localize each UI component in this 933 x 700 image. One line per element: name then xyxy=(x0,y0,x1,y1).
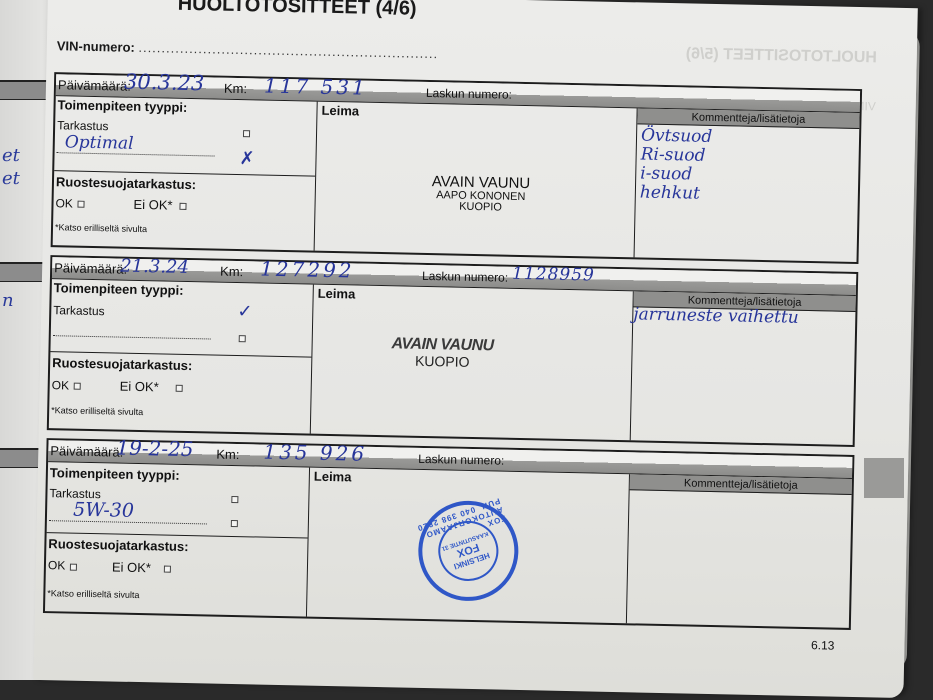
rust-ok-label: OK xyxy=(52,378,70,392)
rust-ok-checkbox[interactable] xyxy=(70,564,77,571)
km-label: Km: xyxy=(224,81,247,96)
other-operation-value[interactable]: Optimal xyxy=(65,132,134,153)
other-operation-line xyxy=(57,152,215,156)
stamp-section: Leima AVAIN VAUNU KUOPIO xyxy=(311,285,634,441)
vin-label: VIN-numero: xyxy=(57,38,135,55)
service-record-page: HUOLTOTOSITTEET (4/6) HUOLTOTOSITTEET (5… xyxy=(34,0,918,698)
operation-type-label: Toimenpiteen tyyppi: xyxy=(57,97,187,115)
rust-check-label: Ruostesuojatarkastus: xyxy=(48,536,188,554)
stamp-label: Leima xyxy=(314,469,352,485)
rust-ok-label: OK xyxy=(48,558,66,572)
other-operation-checkbox[interactable] xyxy=(231,520,238,527)
invoice-label: Laskun numero: xyxy=(422,269,508,285)
comments-section: Kommentteja/lisätietoja Övtsuod Ri-suod … xyxy=(635,108,860,262)
see-note-label: *Katso erilliseltä sivulta xyxy=(47,588,139,600)
km-label: Km: xyxy=(220,264,243,279)
km-value[interactable]: 127292 xyxy=(260,257,355,283)
comments-section: Kommentteja/lisätietoja jarruneste vaihe… xyxy=(631,291,856,445)
operation-section: Toimenpiteen tyyppi: Tarkastus Optimal ✗… xyxy=(53,96,318,250)
page-number: 6.13 xyxy=(811,638,835,652)
workshop-stamp: AVAIN VAUNU AAPO KONONEN KUOPIO xyxy=(415,174,546,216)
date-value[interactable]: 19-2-25 xyxy=(116,436,194,462)
inspection-label: Tarkastus xyxy=(57,118,109,133)
date-label: Päivämäärä: xyxy=(54,260,127,277)
other-operation-value[interactable]: 5W-30 xyxy=(73,499,134,522)
other-operation-line xyxy=(53,335,211,339)
rust-not-ok-label: Ei OK* xyxy=(133,197,172,213)
stamp-label: Leima xyxy=(321,103,359,119)
date-label: Päivämäärä: xyxy=(50,443,123,460)
invoice-label: Laskun numero: xyxy=(418,452,504,468)
inspection-check-mark[interactable]: ✓ xyxy=(237,301,253,322)
date-value[interactable]: 21.3.24 xyxy=(120,256,189,278)
previous-page-handwriting: et xyxy=(2,145,20,166)
stamp-label: Leima xyxy=(318,286,356,302)
previous-page-header-bar xyxy=(0,80,50,100)
see-note-label: *Katso erilliseltä sivulta xyxy=(51,405,143,417)
stamp-line: KUOPIO xyxy=(372,353,512,371)
comments-header: Kommentteja/lisätietoja xyxy=(630,474,852,495)
rust-not-ok-label: Ei OK* xyxy=(120,379,159,395)
date-value[interactable]: 30.3.23 xyxy=(124,70,205,96)
comments-section: Kommentteja/lisätietoja xyxy=(627,474,852,628)
comment-line: jarruneste vaihettu xyxy=(633,305,799,327)
show-through-title: HUOLTOTOSITTEET (5/6) xyxy=(685,45,876,67)
round-workshop-stamp: FOX AUTOKORJAAMO • PUH. 040 398 2820 HEL… xyxy=(405,487,532,614)
invoice-label: Laskun numero: xyxy=(426,86,512,102)
rust-ok-checkbox[interactable] xyxy=(74,383,81,390)
page-title: HUOLTOTOSITTEET (4/6) xyxy=(177,0,416,21)
inspection-label: Tarkastus xyxy=(53,303,105,318)
rust-not-ok-checkbox[interactable] xyxy=(176,385,183,392)
km-value[interactable]: 135 926 xyxy=(263,440,367,466)
rust-check-label: Ruostesuojatarkastus: xyxy=(56,174,196,192)
km-label: Km: xyxy=(216,447,239,462)
service-record-1: Päivämäärä: 30.3.23 Km: 117 531 Laskun n… xyxy=(51,72,862,264)
service-record-3: Päivämäärä: 19-2-25 Km: 135 926 Laskun n… xyxy=(43,438,854,630)
other-operation-check-mark[interactable]: ✗ xyxy=(239,148,255,169)
service-record-2: Päivämäärä: 21.3.24 Km: 127292 Laskun nu… xyxy=(47,255,858,447)
previous-page-handwriting: et xyxy=(2,168,20,189)
rust-not-ok-checkbox[interactable] xyxy=(164,566,171,573)
previous-page-handwriting: n xyxy=(2,290,14,311)
operation-section: Toimenpiteen tyyppi: Tarkastus ✓ Ruostes… xyxy=(49,279,314,433)
rust-check-label: Ruostesuojatarkastus: xyxy=(52,355,192,373)
invoice-value[interactable]: 1128959 xyxy=(512,264,595,286)
see-note-label: *Katso erilliseltä sivulta xyxy=(55,222,147,234)
stamp-section: Leima FOX AUTOKORJAAMO • PUH. 040 398 28… xyxy=(307,468,630,624)
km-value[interactable]: 117 531 xyxy=(264,74,368,100)
comment-line: hehkut xyxy=(640,183,712,203)
comments-text[interactable]: jarruneste vaihettu xyxy=(633,305,799,327)
rust-ok-label: OK xyxy=(55,196,73,210)
rust-not-ok-label: Ei OK* xyxy=(112,559,151,575)
operation-section: Toimenpiteen tyyppi: Tarkastus 5W-30 Ruo… xyxy=(45,462,310,616)
operation-type-label: Toimenpiteen tyyppi: xyxy=(54,280,184,298)
stamp-section: Leima AVAIN VAUNU AAPO KONONEN KUOPIO xyxy=(315,102,638,258)
workshop-stamp: AVAIN VAUNU KUOPIO xyxy=(372,336,513,370)
vin-field[interactable]: VIN-numero: ............................… xyxy=(57,38,437,61)
comments-text[interactable]: Övtsuod Ri-suod i-suod hehkut xyxy=(640,126,713,203)
vin-dotted-line: ........................................… xyxy=(138,40,437,61)
inspection-checkbox[interactable] xyxy=(243,130,250,137)
section-tab-marker xyxy=(864,458,904,498)
stamp-line: KUOPIO xyxy=(415,201,545,215)
other-operation-checkbox[interactable] xyxy=(239,335,246,342)
operation-type-label: Toimenpiteen tyyppi: xyxy=(50,465,180,483)
inspection-checkbox[interactable] xyxy=(231,496,238,503)
date-label: Päivämäärä: xyxy=(58,77,131,94)
rust-ok-checkbox[interactable] xyxy=(77,201,84,208)
rust-not-ok-checkbox[interactable] xyxy=(179,203,186,210)
